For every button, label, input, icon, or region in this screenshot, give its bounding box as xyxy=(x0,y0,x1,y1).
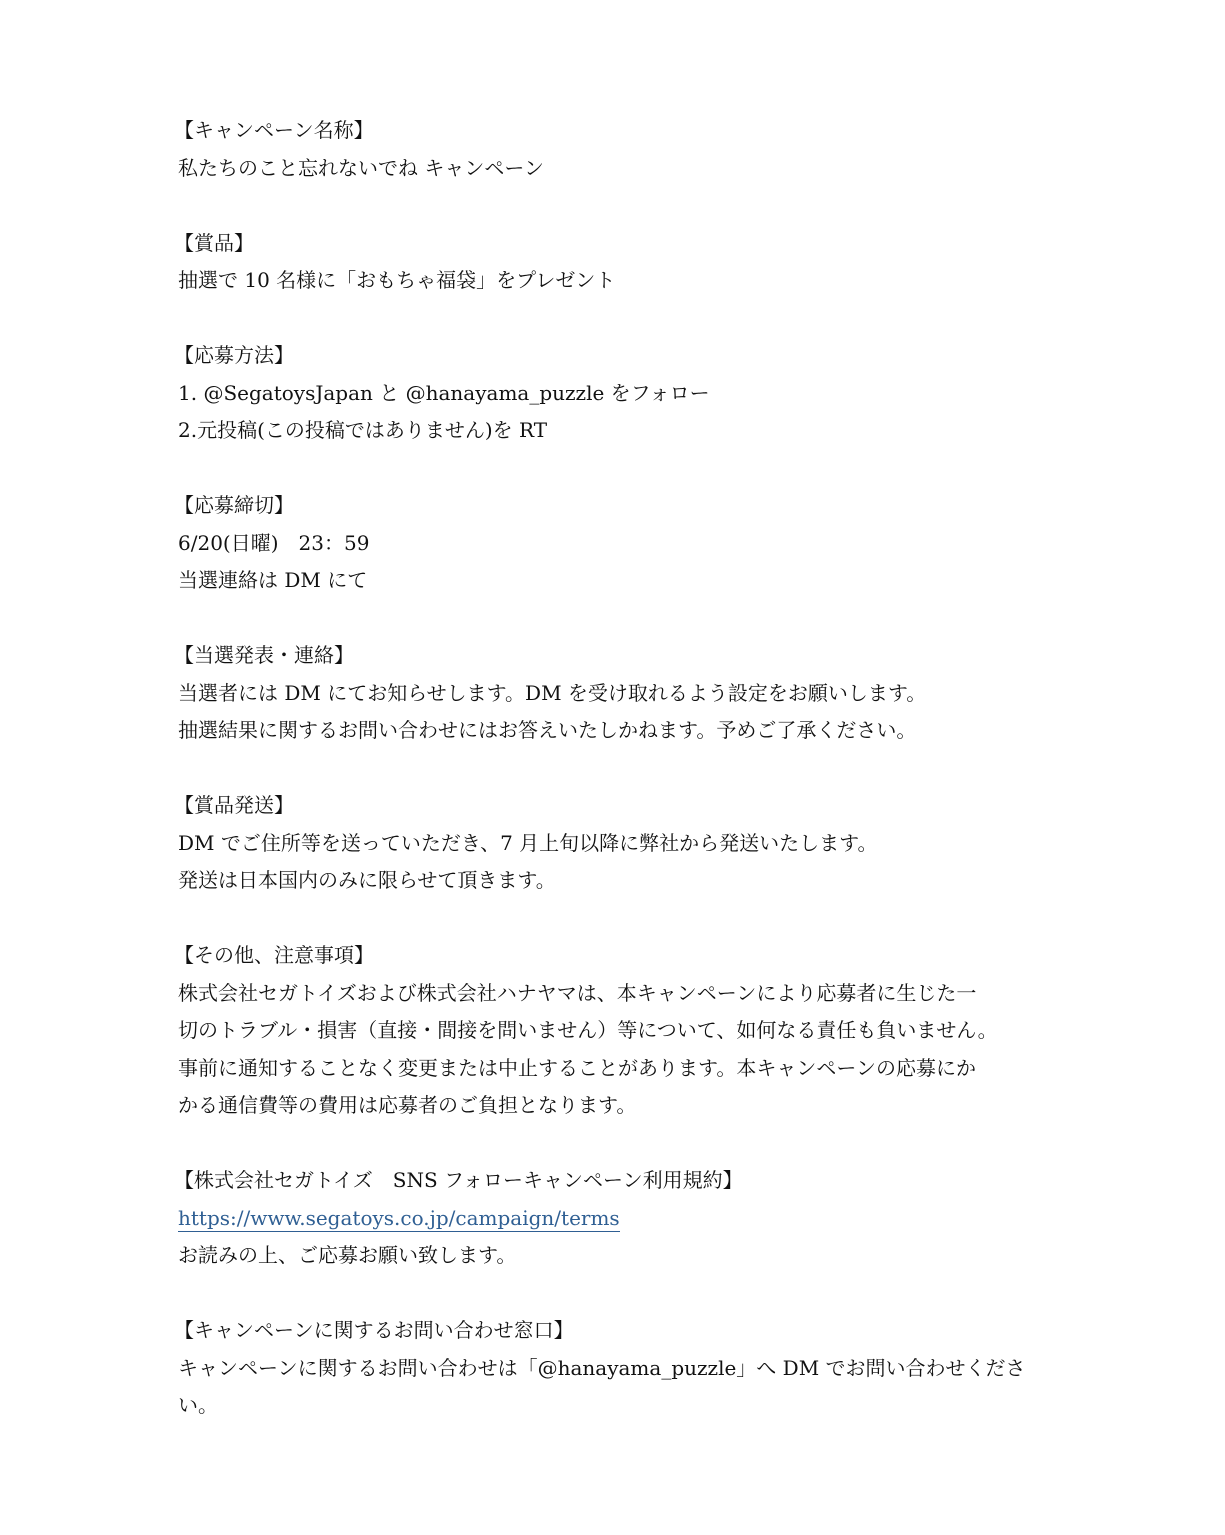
apply-step-2: 2.元投稿(この投稿ではありません)を RT xyxy=(178,412,1068,450)
section-heading-notes: 【その他、注意事項】 xyxy=(174,937,1068,975)
section-heading-shipping: 【賞品発送】 xyxy=(174,787,1068,825)
contact-line-1: キャンペーンに関するお問い合わせは「@hanayama_puzzle」へ DM … xyxy=(178,1350,1068,1388)
spacer xyxy=(178,300,1068,338)
terms-note: お読みの上、ご応募お願い致します。 xyxy=(178,1237,1068,1275)
document-page: 【キャンペーン名称】 私たちのこと忘れないでね キャンペーン 【賞品】 抽選で … xyxy=(178,112,1068,1425)
section-heading-deadline: 【応募締切】 xyxy=(174,487,1068,525)
section-heading-contact: 【キャンペーンに関するお問い合わせ窓口】 xyxy=(174,1312,1068,1350)
terms-link[interactable]: https://www.segatoys.co.jp/campaign/term… xyxy=(178,1206,620,1232)
spacer xyxy=(178,600,1068,638)
announcement-line-2: 抽選結果に関するお問い合わせにはお答えいたしかねます。予めご了承ください。 xyxy=(178,712,1068,750)
terms-link-line: https://www.segatoys.co.jp/campaign/term… xyxy=(178,1200,1068,1238)
contact-line-2: い。 xyxy=(178,1387,1068,1425)
shipping-line-2: 発送は日本国内のみに限らせて頂きます。 xyxy=(178,862,1068,900)
section-heading-announcement: 【当選発表・連絡】 xyxy=(174,637,1068,675)
notes-line-3: 事前に通知することなく変更または中止することがあります。本キャンペーンの応募にか xyxy=(178,1050,1068,1088)
section-heading-prize: 【賞品】 xyxy=(174,225,1068,263)
deadline-datetime: 6/20(日曜) 23：59 xyxy=(178,525,1068,563)
spacer xyxy=(178,187,1068,225)
spacer xyxy=(178,750,1068,788)
spacer xyxy=(178,450,1068,488)
prize-text: 抽選で 10 名様に「おもちゃ福袋」をプレゼント xyxy=(178,262,1068,300)
section-heading-campaign-name: 【キャンペーン名称】 xyxy=(174,112,1068,150)
notes-line-4: かる通信費等の費用は応募者のご負担となります。 xyxy=(178,1087,1068,1125)
shipping-line-1: DM でご住所等を送っていただき、7 月上旬以降に弊社から発送いたします。 xyxy=(178,825,1068,863)
deadline-note: 当選連絡は DM にて xyxy=(178,562,1068,600)
spacer xyxy=(178,1125,1068,1163)
section-heading-how-to-apply: 【応募方法】 xyxy=(174,337,1068,375)
notes-line-2: 切のトラブル・損害（直接・間接を問いません）等について、如何なる責任も負いません… xyxy=(178,1012,1068,1050)
announcement-line-1: 当選者には DM にてお知らせします。DM を受け取れるよう設定をお願いします。 xyxy=(178,675,1068,713)
section-heading-terms: 【株式会社セガトイズ SNS フォローキャンペーン利用規約】 xyxy=(174,1162,1068,1200)
spacer xyxy=(178,900,1068,938)
spacer xyxy=(178,1275,1068,1313)
campaign-name-text: 私たちのこと忘れないでね キャンペーン xyxy=(178,150,1068,188)
notes-line-1: 株式会社セガトイズおよび株式会社ハナヤマは、本キャンペーンにより応募者に生じた一 xyxy=(178,975,1068,1013)
apply-step-1: 1. @SegatoysJapan と @hanayama_puzzle をフォ… xyxy=(178,375,1068,413)
